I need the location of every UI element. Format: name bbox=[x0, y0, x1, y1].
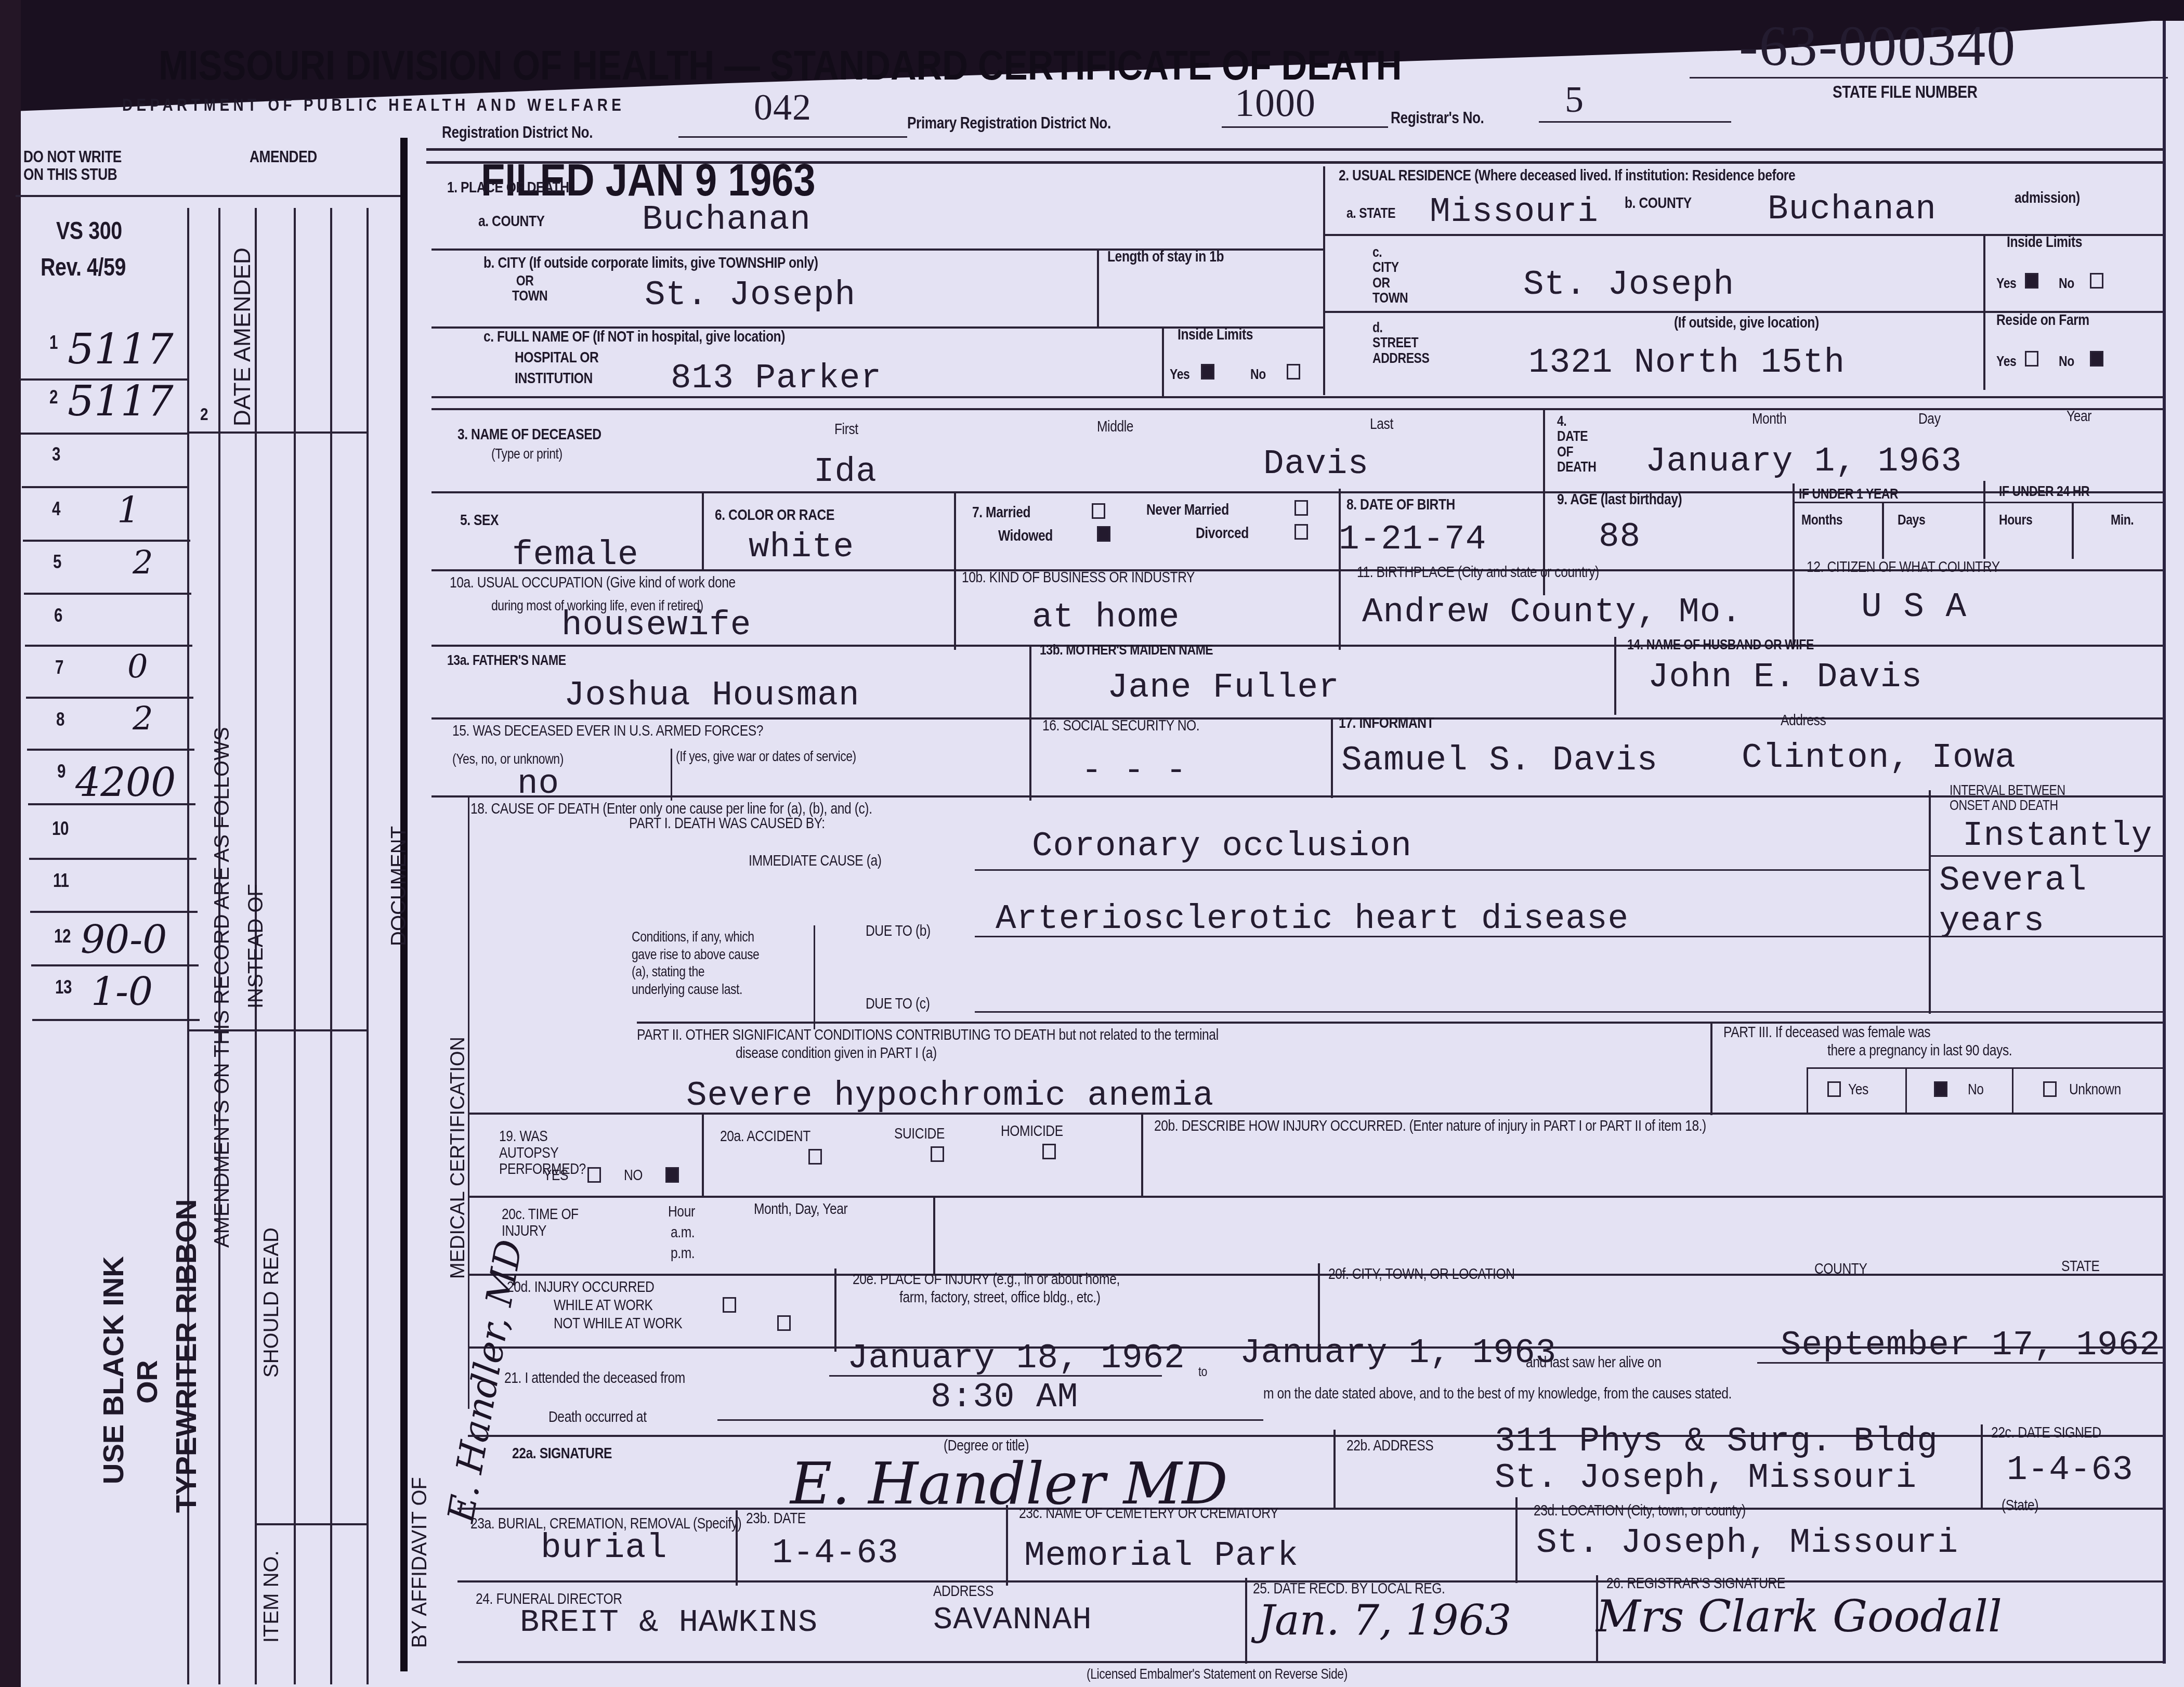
immediate-cause: Coronary occlusion bbox=[1032, 827, 1412, 866]
city-label: b. CITY (If outside corporate limits, gi… bbox=[483, 255, 818, 271]
industry-label: 10b. KIND OF BUSINESS OR INDUSTRY bbox=[962, 569, 1195, 586]
cemetery-label: 23c. NAME OF CEMETERY OR CREMATORY bbox=[1019, 1505, 1278, 1522]
inside-limits-no-checkbox[interactable] bbox=[1287, 364, 1300, 380]
due-to-b-label: DUE TO (b) bbox=[866, 923, 931, 939]
place-of-injury-label: 20e. PLACE OF INJURY (e.g., in or about … bbox=[853, 1271, 1120, 1288]
stub-row-value: 1-0 bbox=[91, 970, 153, 1014]
inside-limits-yes-checkbox[interactable] bbox=[1201, 364, 1214, 380]
primary-registration-district-label: Primary Registration District No. bbox=[907, 114, 1111, 132]
not-while-at-work-label: NOT WHILE AT WORK bbox=[554, 1315, 682, 1332]
divider bbox=[187, 431, 367, 434]
armed-forces-label: 15. WAS DECEASED EVER IN U.S. ARMED FORC… bbox=[452, 723, 763, 739]
divorced-checkbox[interactable] bbox=[1294, 524, 1308, 540]
residence-county-label: b. COUNTY bbox=[1625, 195, 1692, 212]
death-occurred-label: Death occurred at bbox=[548, 1409, 647, 1426]
attended-label: 21. I attended the deceased from bbox=[504, 1370, 685, 1387]
place-of-injury-label-b: farm, factory, street, office bldg., etc… bbox=[899, 1289, 1101, 1306]
use-black-ink-label: USE BLACK INK bbox=[96, 1256, 130, 1484]
should-read-label: SHOULD READ bbox=[260, 1227, 283, 1378]
physician-address-line2: St. Joseph, Missouri bbox=[1495, 1458, 1917, 1497]
injury-city-label: 20f. CITY, TOWN, OR LOCATION bbox=[1328, 1266, 1515, 1283]
column-line bbox=[1515, 1497, 1518, 1583]
interval-a: Instantly bbox=[1963, 816, 2152, 855]
divider bbox=[431, 396, 2163, 398]
place-county: Buchanan bbox=[642, 200, 811, 239]
right-border bbox=[2163, 21, 2166, 1664]
married-checkbox[interactable] bbox=[1092, 503, 1105, 519]
divorced-label: Divorced bbox=[1196, 525, 1249, 542]
injury-occurred-label: 20d. INJURY OCCURRED bbox=[507, 1279, 654, 1296]
stub-row-value: 2 bbox=[133, 543, 153, 581]
homicide-label: HOMICIDE bbox=[1001, 1123, 1063, 1140]
stub-row-value: 0 bbox=[127, 647, 148, 685]
certification-statement: m on the date stated above, and to the b… bbox=[1263, 1385, 1732, 1402]
column-line bbox=[2072, 502, 2074, 559]
divider bbox=[637, 1022, 2163, 1024]
column-line bbox=[1793, 483, 1795, 561]
autopsy-no-checkbox[interactable] bbox=[665, 1167, 679, 1183]
last-saw-date: September 17, 1962 bbox=[1781, 1326, 2161, 1365]
disposition-value: burial bbox=[541, 1528, 668, 1567]
document-label: DOCUMENT bbox=[387, 826, 411, 946]
column-line bbox=[1983, 481, 1985, 559]
column-line bbox=[834, 1268, 836, 1352]
birthplace-label: 11. BIRTHPLACE (City and state or countr… bbox=[1357, 564, 1599, 581]
suicide-checkbox[interactable] bbox=[931, 1146, 944, 1162]
divider bbox=[468, 1113, 2163, 1115]
no-label: No bbox=[1250, 367, 1266, 382]
or-town-label: OR TOWN bbox=[512, 273, 538, 304]
pregnancy-no-label: No bbox=[1968, 1081, 1984, 1098]
amended-label: AMENDED bbox=[250, 148, 317, 166]
residence-county: Buchanan bbox=[1768, 190, 1937, 229]
hours-label: Hours bbox=[1999, 512, 2032, 527]
divider bbox=[678, 136, 907, 138]
part3-label-b: there a pregnancy in last 90 days. bbox=[1827, 1042, 2012, 1059]
accident-checkbox[interactable] bbox=[808, 1149, 822, 1165]
interval-b: Several years bbox=[1939, 860, 2147, 941]
divider bbox=[16, 195, 400, 197]
due-to-b: Arteriosclerotic heart disease bbox=[996, 899, 1629, 938]
department-name: DEPARTMENT OF PUBLIC HEALTH AND WELFARE bbox=[122, 96, 625, 115]
occupation-label: 10a. USUAL OCCUPATION (Give kind of work… bbox=[450, 574, 736, 591]
column-line bbox=[1905, 1067, 1907, 1114]
column-line bbox=[1097, 249, 1099, 326]
part2-label: PART II. OTHER SIGNIFICANT CONDITIONS CO… bbox=[637, 1027, 1219, 1043]
describe-injury-label: 20b. DESCRIBE HOW INJURY OCCURRED. (Ente… bbox=[1154, 1118, 1706, 1134]
residence-state: Missouri bbox=[1430, 192, 1599, 231]
stub-row-value: 5117 bbox=[68, 325, 174, 373]
hospital-label-b: HOSPITAL OR bbox=[515, 349, 598, 366]
age-label: 9. AGE (last birthday) bbox=[1557, 491, 1682, 508]
last-label: Last bbox=[1370, 416, 1393, 433]
injury-state-label: STATE bbox=[2061, 1258, 2100, 1275]
hospital-label-c: INSTITUTION bbox=[515, 370, 593, 387]
res-inside-limits-yes-checkbox[interactable] bbox=[2025, 273, 2038, 289]
typewriter-ribbon-label: TYPEWRITER RIBBON bbox=[169, 1199, 203, 1513]
autopsy-no-label: NO bbox=[624, 1167, 643, 1184]
left-dark-edge bbox=[0, 0, 21, 1687]
yes-label: Yes bbox=[1996, 276, 2016, 291]
column-line bbox=[1141, 1113, 1143, 1196]
sex-value: female bbox=[512, 535, 639, 574]
part3-label: PART III. If deceased was female was bbox=[1723, 1024, 1930, 1041]
middle-label: Middle bbox=[1097, 419, 1133, 435]
first-label: First bbox=[834, 421, 858, 438]
farm-yes-checkbox[interactable] bbox=[2025, 351, 2038, 367]
amend-mark: 2 bbox=[200, 406, 208, 424]
citizen-label: 12. CITIZEN OF WHAT COUNTRY bbox=[1807, 559, 2000, 576]
column-line bbox=[702, 1113, 704, 1196]
day-label: Day bbox=[1918, 411, 1941, 427]
interval-label: INTERVAL BETWEEN ONSET AND DEATH bbox=[1950, 782, 2090, 813]
married-label: 7. Married bbox=[972, 504, 1030, 521]
state-file-number-label: STATE FILE NUMBER bbox=[1833, 83, 1978, 102]
date-of-death-label: 4. DATE OF DEATH bbox=[1557, 413, 1587, 475]
column-line bbox=[1029, 645, 1031, 801]
do-not-write-label: DO NOT WRITE ON THIS STUB bbox=[23, 148, 143, 183]
primary-registration-district-value: 1000 bbox=[1235, 81, 1316, 126]
inside-limits-label: Inside Limits bbox=[1178, 326, 1253, 343]
column-line bbox=[933, 1196, 935, 1274]
column-line bbox=[1710, 1022, 1712, 1115]
stub-row-value: 4200 bbox=[75, 759, 176, 805]
burial-state-label: (State) bbox=[2002, 1497, 2038, 1514]
divider bbox=[255, 1523, 367, 1525]
pregnancy-unknown-checkbox[interactable] bbox=[2043, 1081, 2057, 1097]
divider bbox=[975, 936, 2163, 937]
date-received-label: 25. DATE RECD. BY LOCAL REG. bbox=[1253, 1580, 1445, 1597]
instead-of-label: INSTEAD OF bbox=[244, 884, 268, 1009]
year-label: Year bbox=[2067, 408, 2091, 425]
stub-column-line bbox=[367, 208, 369, 1684]
suicide-label: SUICIDE bbox=[894, 1126, 945, 1142]
homicide-checkbox[interactable] bbox=[1042, 1144, 1056, 1159]
residence-street: 1321 North 15th bbox=[1528, 343, 1845, 382]
burial-date-label: 23b. DATE bbox=[746, 1510, 806, 1527]
column-line bbox=[1981, 1424, 1983, 1508]
dob-label: 8. DATE OF BIRTH bbox=[1346, 496, 1455, 513]
burial-location: St. Joseph, Missouri bbox=[1536, 1523, 1958, 1562]
name-hint: (Type or print) bbox=[491, 446, 563, 461]
under-24-hr-label: IF UNDER 24 HR bbox=[1999, 483, 2089, 499]
or-label: OR bbox=[130, 1360, 164, 1404]
page-title: MISSOURI DIVISION OF HEALTH — STANDARD C… bbox=[159, 42, 1402, 89]
column-line bbox=[1793, 561, 1795, 647]
spouse-label: 14. NAME OF HUSBAND OR WIFE bbox=[1627, 637, 1814, 652]
yes-label: Yes bbox=[1996, 354, 2016, 369]
date-of-birth: 1-21-74 bbox=[1339, 520, 1486, 559]
divider bbox=[975, 1011, 2163, 1013]
column-line bbox=[1006, 1505, 1008, 1586]
divider bbox=[431, 408, 2163, 410]
hour-label: Hour bbox=[668, 1204, 695, 1220]
divider bbox=[1929, 855, 2163, 857]
last-name: Davis bbox=[1263, 444, 1369, 483]
no-label: No bbox=[2059, 276, 2074, 291]
stub-row-value: 5117 bbox=[68, 377, 174, 425]
column-line bbox=[1331, 717, 1333, 798]
birthplace-value: Andrew County, Mo. bbox=[1362, 593, 1742, 632]
stub-column-line bbox=[330, 208, 332, 1684]
time-of-injury-label: 20c. TIME OF INJURY bbox=[502, 1206, 583, 1239]
other-conditions: Severe hypochromic anemia bbox=[686, 1076, 1214, 1115]
divider bbox=[457, 1508, 2163, 1510]
residence-city: St. Joseph bbox=[1523, 265, 1734, 304]
header-rule bbox=[426, 148, 2163, 151]
fd-address: SAVANNAH bbox=[933, 1601, 1092, 1638]
physician-address-line1: 311 Phys & Surg. Bldg bbox=[1495, 1422, 1938, 1461]
divider bbox=[468, 1274, 2163, 1276]
divider bbox=[1757, 1362, 2163, 1364]
under-1-year-label: IF UNDER 1 YEAR bbox=[1799, 486, 1898, 501]
usual-residence-label: 2. USUAL RESIDENCE (Where deceased lived… bbox=[1339, 167, 1795, 184]
months-label: Months bbox=[1801, 512, 1842, 527]
citizen-value: U S A bbox=[1861, 587, 1967, 626]
form-revision: Rev. 4/59 bbox=[41, 255, 126, 281]
hospital-name: 813 Parker bbox=[671, 359, 882, 398]
signature-label: 22a. SIGNATURE bbox=[512, 1445, 612, 1462]
divider bbox=[1793, 502, 2163, 503]
embalmer-note: (Licensed Embalmer's Statement on Revers… bbox=[1087, 1666, 1348, 1681]
column-line bbox=[702, 491, 704, 569]
due-to-c-label: DUE TO (c) bbox=[866, 996, 930, 1012]
sex-label: 5. SEX bbox=[460, 512, 499, 529]
county-label: a. COUNTY bbox=[478, 213, 545, 230]
stub-column-line bbox=[294, 208, 296, 1684]
attended-to: January 1, 1963 bbox=[1240, 1333, 1557, 1372]
race-label: 6. COLOR OR RACE bbox=[715, 507, 834, 524]
stub-row-value: 2 bbox=[133, 699, 153, 737]
usual-residence-label-b: admission) bbox=[2015, 190, 2080, 206]
farm-no-checkbox[interactable] bbox=[2090, 351, 2103, 367]
place-of-death-label: 1. PLACE OF DEATH bbox=[447, 179, 569, 196]
yes-label: Yes bbox=[1170, 367, 1189, 382]
amendments-label: AMENDMENTS ON THIS RECORD ARE AS FOLLOWS bbox=[211, 727, 234, 1248]
age-value: 88 bbox=[1599, 517, 1641, 556]
pregnancy-unknown-label: Unknown bbox=[2069, 1081, 2121, 1098]
column-line bbox=[1323, 166, 1325, 395]
registrar-signature: Mrs Clark Goodall bbox=[1596, 1591, 2002, 1642]
column-line bbox=[1245, 1578, 1247, 1664]
column-line bbox=[1882, 502, 1884, 559]
column-line bbox=[2012, 1067, 2013, 1114]
date-of-death: January 1, 1963 bbox=[1645, 442, 1962, 481]
length-of-stay-label: Length of stay in 1b bbox=[1107, 249, 1224, 265]
divider bbox=[431, 717, 2163, 720]
funeral-director: BREIT & HAWKINS bbox=[520, 1604, 818, 1641]
month-label: Month bbox=[1752, 411, 1786, 427]
column-line bbox=[1162, 326, 1164, 397]
column-line bbox=[671, 749, 672, 801]
divider bbox=[431, 645, 2163, 647]
column-line bbox=[1614, 637, 1616, 715]
injury-county-label: COUNTY bbox=[1814, 1261, 1867, 1277]
date-received: Jan. 7, 1963 bbox=[1258, 1596, 1512, 1644]
father-name: Joshua Housman bbox=[564, 676, 860, 715]
not-while-at-work-checkbox[interactable] bbox=[777, 1315, 791, 1331]
divider bbox=[975, 869, 1929, 871]
month-day-year-label: Month, Day, Year bbox=[754, 1201, 847, 1218]
never-married-checkbox[interactable] bbox=[1294, 500, 1308, 516]
attended-from: January 18, 1962 bbox=[847, 1339, 1185, 1378]
street-hint: (If outside, give location) bbox=[1674, 315, 1819, 331]
divider bbox=[1807, 1067, 2163, 1069]
column-line bbox=[736, 1510, 738, 1586]
accident-label: 20a. ACCIDENT bbox=[720, 1128, 810, 1145]
informant-name: Samuel S. Davis bbox=[1341, 741, 1658, 780]
burial-location-label: 23d. LOCATION (City, town, or county) bbox=[1534, 1502, 1746, 1519]
street-address-label: d. STREET ADDRESS bbox=[1372, 320, 1423, 365]
hospital-label: c. FULL NAME OF (If NOT in hospital, giv… bbox=[483, 329, 785, 345]
item-no-label: ITEM NO. bbox=[260, 1550, 283, 1643]
state-label: a. STATE bbox=[1346, 205, 1395, 220]
divider bbox=[717, 1419, 1263, 1421]
never-married-label: Never Married bbox=[1146, 502, 1229, 518]
while-at-work-label: WHILE AT WORK bbox=[554, 1297, 653, 1314]
divider bbox=[468, 1196, 2163, 1198]
bracket bbox=[814, 925, 815, 1029]
date-signed-label: 22c. DATE SIGNED bbox=[1991, 1424, 2101, 1441]
divider bbox=[431, 795, 2163, 797]
last-saw-label: and last saw her alive on bbox=[1526, 1354, 1662, 1371]
no-label: No bbox=[2059, 354, 2074, 369]
registrars-no-label: Registrar's No. bbox=[1391, 109, 1484, 127]
registrar-label: 26. REGISTRAR'S SIGNATURE bbox=[1606, 1575, 1785, 1592]
mother-name: Jane Fuller bbox=[1107, 668, 1340, 707]
stub-row-value: 1 bbox=[117, 489, 140, 531]
widowed-label: Widowed bbox=[998, 528, 1053, 544]
place-city: St. Joseph bbox=[645, 276, 856, 315]
conditions-note: Conditions, if any, which gave rise to a… bbox=[632, 928, 760, 998]
ssn-value: - - - bbox=[1081, 751, 1187, 790]
spouse-name: John E. Davis bbox=[1648, 658, 1923, 697]
race-value: white bbox=[749, 528, 854, 567]
fd-address-label: ADDRESS bbox=[933, 1583, 993, 1600]
registration-district-value: 042 bbox=[754, 86, 812, 129]
res-inside-limits-no-checkbox[interactable] bbox=[2090, 273, 2103, 289]
divider bbox=[431, 491, 2163, 493]
mother-label: 13b. MOTHER'S MAIDEN NAME bbox=[1040, 642, 1213, 657]
am-label: a.m. bbox=[671, 1224, 695, 1241]
part2-label-b: disease condition given in PART I (a) bbox=[736, 1045, 937, 1062]
while-at-work-checkbox[interactable] bbox=[723, 1297, 736, 1313]
divider bbox=[1690, 77, 2168, 79]
reside-on-farm-label: Reside on Farm bbox=[1996, 312, 2089, 329]
form-number: VS 300 bbox=[56, 218, 122, 244]
days-label: Days bbox=[1898, 512, 1925, 527]
by-affidavit-label: BY AFFIDAVIT OF bbox=[408, 1477, 431, 1648]
column-line bbox=[1333, 1430, 1336, 1508]
residence-city-label: c. CITY OR TOWN bbox=[1372, 244, 1407, 306]
divider bbox=[1222, 126, 1388, 128]
divider bbox=[1539, 121, 1731, 123]
ssn-label: 16. SOCIAL SECURITY NO. bbox=[1042, 717, 1199, 734]
column-line bbox=[1807, 1067, 1808, 1114]
father-label: 13a. FATHER'S NAME bbox=[447, 652, 566, 668]
immediate-cause-label: IMMEDIATE CAUSE (a) bbox=[749, 853, 882, 869]
informant-address: Clinton, Iowa bbox=[1742, 738, 2016, 777]
autopsy-yes-label: YES bbox=[543, 1167, 568, 1184]
cemetery-name: Memorial Park bbox=[1024, 1536, 1299, 1575]
address-label: 22b. ADDRESS bbox=[1346, 1437, 1433, 1454]
date-signed: 1-4-63 bbox=[2007, 1450, 2134, 1489]
burial-date: 1-4-63 bbox=[772, 1534, 899, 1573]
date-amended-label: DATE AMENDED bbox=[230, 247, 256, 426]
autopsy-yes-checkbox[interactable] bbox=[587, 1167, 601, 1183]
min-label: Min. bbox=[2111, 512, 2134, 527]
occupation-value: housewife bbox=[561, 606, 751, 645]
name-of-deceased-label: 3. NAME OF DECEASED bbox=[457, 426, 601, 443]
stub-row-value: 90-0 bbox=[81, 918, 167, 962]
state-file-number: -63-000340 bbox=[1739, 13, 2016, 79]
divider bbox=[829, 1375, 1162, 1377]
pm-label: p.m. bbox=[671, 1245, 695, 1262]
armed-forces-hint-b: (If yes, give war or dates of service) bbox=[676, 749, 856, 764]
death-time: 8:30 AM bbox=[931, 1378, 1078, 1417]
informant-label: 17. INFORMANT bbox=[1339, 715, 1434, 731]
part1-label: PART I. DEATH WAS CAUSED BY: bbox=[629, 815, 825, 832]
pregnancy-yes-checkbox[interactable] bbox=[1827, 1081, 1841, 1097]
first-name: Ida bbox=[814, 452, 877, 491]
res-inside-limits-label: Inside Limits bbox=[2007, 234, 2082, 251]
to-label: to bbox=[1198, 1365, 1207, 1379]
widowed-checkbox[interactable] bbox=[1097, 526, 1110, 542]
column-line bbox=[1929, 790, 1931, 1014]
registration-district-label: Registration District No. bbox=[442, 124, 593, 141]
pregnancy-no-checkbox[interactable] bbox=[1934, 1081, 1947, 1097]
registrars-no-value: 5 bbox=[1565, 78, 1584, 121]
informant-address-label: Address bbox=[1781, 712, 1826, 729]
pregnancy-yes-label: Yes bbox=[1848, 1081, 1868, 1098]
industry-value: at home bbox=[1032, 598, 1180, 637]
divider bbox=[457, 1661, 2163, 1663]
medical-certification-label: MEDICAL CERTIFICATION bbox=[447, 1037, 469, 1279]
